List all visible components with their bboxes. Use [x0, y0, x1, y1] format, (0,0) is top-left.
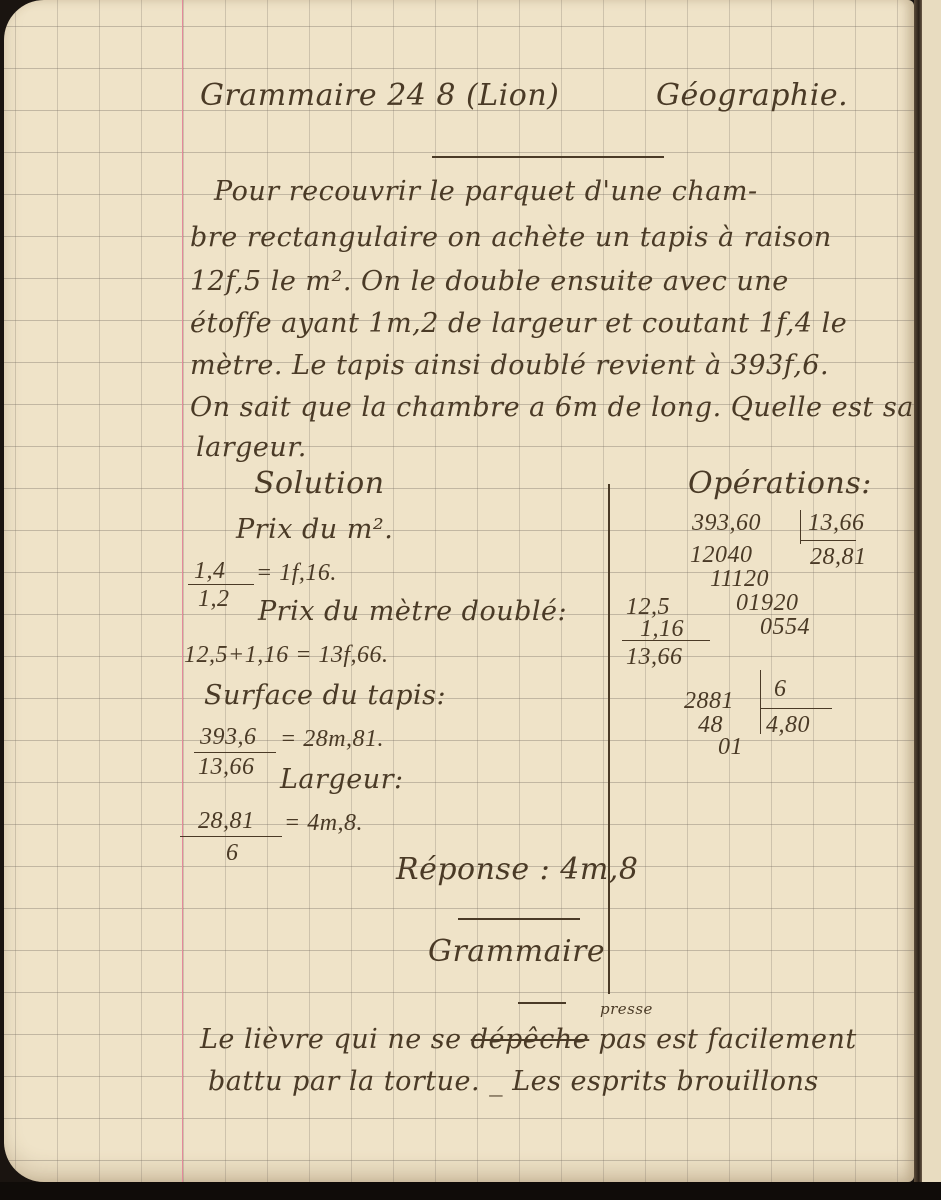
- notebook-page: Grammaire 24 8 (Lion) Géographie. Pour r…: [4, 0, 914, 1182]
- step4-numerator: 28,81: [198, 808, 255, 835]
- step4-denominator: 6: [226, 840, 239, 867]
- red-margin-line: [182, 0, 183, 1182]
- div1-divisor: 13,66: [808, 510, 865, 537]
- step3-denominator: 13,66: [198, 754, 255, 781]
- step1-denominator: 1,2: [198, 586, 230, 613]
- step2-equation: 12,5+1,16 = 13f,66.: [184, 642, 389, 669]
- problem-line-5: mètre. Le tapis ainsi doublé revient à 3…: [190, 350, 829, 381]
- step1-result: = 1f,16.: [256, 560, 337, 587]
- div1-remainder-4: 0554: [760, 614, 810, 641]
- next-page-edge: [922, 0, 941, 1182]
- step3-numerator: 393,6: [200, 724, 257, 751]
- step4-result: = 4m,8.: [284, 810, 363, 837]
- add-sum-bar: [622, 640, 710, 641]
- header-title-right: Géographie.: [656, 78, 848, 113]
- div2-dividend: 2881: [684, 688, 734, 715]
- step3-label: Surface du tapis:: [204, 680, 446, 711]
- grammar-line-2: battu par la tortue. _ Les esprits broui…: [208, 1066, 819, 1097]
- div1-remainder-2: 11120: [710, 566, 769, 593]
- notebook-spine: [914, 0, 922, 1200]
- grammar-line-1: Le lièvre qui ne se dépêche pas est faci…: [200, 1024, 857, 1055]
- step3-fraction-bar: [194, 752, 276, 753]
- div2-horizontal-bar: [760, 708, 832, 709]
- grammar-line1-end: pas est facilement: [598, 1024, 856, 1055]
- step3-result: = 28m,81.: [280, 726, 384, 753]
- div1-vertical-bar: [800, 510, 801, 544]
- div2-remainder-2: 01: [718, 734, 743, 761]
- background-edge: [0, 1182, 941, 1200]
- step1-label: Prix du m².: [236, 514, 393, 545]
- column-divider: [608, 484, 610, 994]
- solution-heading: Solution: [254, 466, 385, 501]
- header-title-left: Grammaire 24 8 (Lion): [200, 78, 559, 113]
- div2-vertical-bar: [760, 670, 761, 734]
- div1-dividend: 393,60: [692, 510, 761, 537]
- problem-line-1: Pour recouvrir le parquet d'une cham-: [214, 176, 758, 207]
- header-underline: [432, 156, 664, 158]
- grammar-dash: [518, 1002, 566, 1004]
- step4-label: Largeur:: [280, 764, 404, 795]
- div2-divisor: 6: [774, 676, 787, 703]
- problem-line-3: 12f,5 le m². On le double ensuite avec u…: [190, 266, 789, 297]
- grammar-heading: Grammaire: [428, 934, 605, 969]
- div1-horizontal-bar: [800, 540, 856, 541]
- add-sum: 13,66: [626, 644, 683, 671]
- problem-line-6: On sait que la chambre a 6m de long. Que…: [190, 392, 914, 423]
- step2-label: Prix du mètre doublé:: [258, 596, 567, 627]
- step4-fraction-bar: [180, 836, 282, 837]
- answer: Réponse : 4m,8: [396, 852, 638, 887]
- problem-line-4: étoffe ayant 1m,2 de largeur et coutant …: [190, 308, 847, 339]
- operations-heading: Opérations:: [688, 466, 872, 501]
- grammar-line1-start: Le lièvre qui ne se: [200, 1024, 462, 1055]
- div2-quotient: 4,80: [766, 712, 810, 739]
- div1-quotient: 28,81: [810, 544, 867, 571]
- add-operand-b: 1,16: [640, 616, 684, 643]
- div1-remainder-3: 01920: [736, 590, 799, 617]
- section-separator: [458, 918, 580, 920]
- step1-fraction-bar: [188, 584, 254, 585]
- div1-remainder-1: 12040: [690, 542, 753, 569]
- problem-line-2: bre rectangulaire on achète un tapis à r…: [190, 222, 832, 253]
- problem-line-7: largeur.: [196, 432, 307, 463]
- grammar-correction: presse: [600, 1000, 653, 1018]
- step1-numerator: 1,4: [194, 558, 226, 585]
- grammar-struck-word: dépêche: [471, 1024, 590, 1055]
